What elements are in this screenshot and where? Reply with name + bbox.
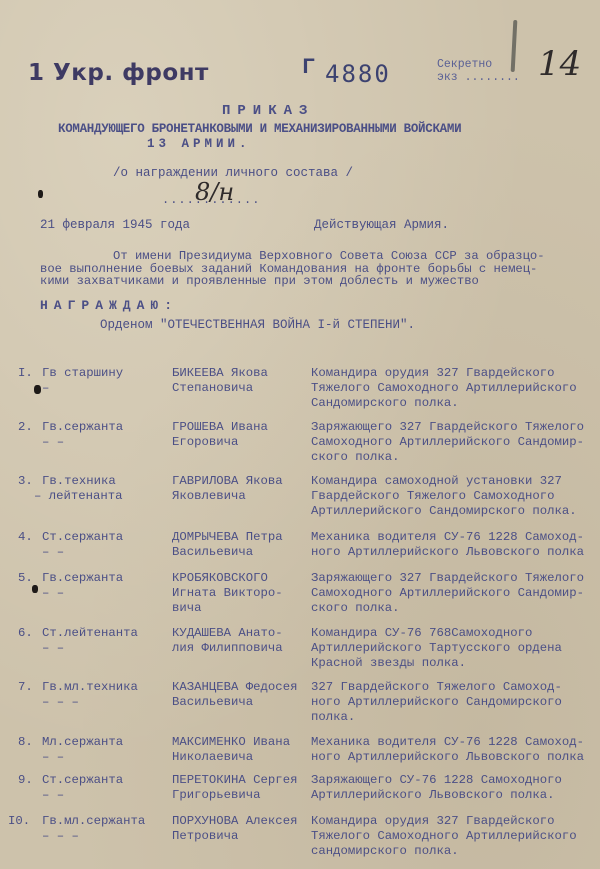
row-number: 6. xyxy=(18,626,33,641)
row-rank-cont: – xyxy=(42,381,49,396)
document-subtitle-line-1: КОМАНДУЮЩЕГО БРОНЕТАНКОВЫМИ И МЕХАНИЗИРО… xyxy=(58,122,461,136)
row-name: КУДАШЕВА Анато-лия Филипповича xyxy=(172,626,283,656)
row-rank: Гв старшину xyxy=(42,366,123,381)
row-rank-cont: – – xyxy=(42,435,64,450)
row-position: Механика водителя СУ-76 1228 Самоход-ног… xyxy=(311,735,584,765)
preamble-paragraph: От имени Президиума Верховного Совета Со… xyxy=(40,250,545,288)
row-rank: Гв.мл.сержанта xyxy=(42,814,145,829)
row-rank-cont: – лейтенанта xyxy=(34,489,123,504)
row-rank: Ст.лейтенанта xyxy=(42,626,138,641)
award-verb: НАГРАЖДАЮ: xyxy=(40,298,178,313)
row-number: 4. xyxy=(18,530,33,545)
row-position: 327 Гвардейского Тяжелого Самоход-ного А… xyxy=(311,680,562,725)
registry-mark: Г xyxy=(302,55,315,80)
handwritten-order-number: 8/н xyxy=(195,178,234,206)
row-position: Механика водителя СУ-76 1228 Самоход-ног… xyxy=(311,530,584,560)
row-name: ГАВРИЛОВА ЯковаЯковлевича xyxy=(172,474,283,504)
row-number: 8. xyxy=(18,735,33,750)
row-rank: Гв.техника xyxy=(42,474,116,489)
row-rank: Гв.мл.техника xyxy=(42,680,138,695)
row-number: I. xyxy=(18,366,33,381)
row-position: Командира СУ-76 768СамоходногоАртиллерий… xyxy=(311,626,562,671)
row-number: 5. xyxy=(18,571,33,586)
handwritten-page-number: 14 xyxy=(538,44,581,84)
row-name: КАЗАНЦЕВА ФедосеяВасильевича xyxy=(172,680,297,710)
document-title: ПРИКАЗ xyxy=(222,103,314,119)
row-number: 9. xyxy=(18,773,33,788)
document-place: Действующая Армия. xyxy=(314,218,449,232)
row-rank-cont: – – xyxy=(42,545,64,560)
secrecy-line-1: Секретно xyxy=(437,58,492,71)
row-name: ПЕРЕТОКИНА СергеяГригорьевича xyxy=(172,773,297,803)
secrecy-stamp: Секретно экз ........ xyxy=(437,58,520,84)
row-position: Командира орудия 327 ГвардейскогоТяжелог… xyxy=(311,366,577,411)
row-number: 7. xyxy=(18,680,33,695)
secrecy-line-2: экз ........ xyxy=(437,71,520,84)
row-name: ДОМРЫЧЕВА ПетраВасильевича xyxy=(172,530,283,560)
row-position: Командира орудия 327 ГвардейскогоТяжелог… xyxy=(311,814,577,859)
row-rank-cont: – – – xyxy=(42,695,79,710)
order-name: Орденом "ОТЕЧЕСТВЕННАЯ ВОЙНА I-й СТЕПЕНИ… xyxy=(100,318,415,332)
preamble-line-1: От имени Президиума Верховного Совета Со… xyxy=(40,250,545,263)
registry-number: 4880 xyxy=(325,60,391,88)
row-position: Заряжающего 327 Гвардейского ТяжелогоСам… xyxy=(311,571,584,616)
preamble-line-3: кими захватчиками и проявленные при этом… xyxy=(40,275,545,288)
ink-stain xyxy=(32,585,38,593)
row-position: Командира самоходной установки 327Гварде… xyxy=(311,474,577,519)
row-name: БИКЕЕВА ЯковаСтепановича xyxy=(172,366,268,396)
row-rank: Гв.сержанта xyxy=(42,420,123,435)
row-name: ПОРХУНОВА АлексеяПетровича xyxy=(172,814,297,844)
document-date: 21 февраля 1945 года xyxy=(40,218,190,232)
row-rank-cont: – – – xyxy=(42,829,79,844)
ink-stain xyxy=(38,190,43,198)
row-rank: Ст.сержанта xyxy=(42,773,123,788)
document-subtitle-line-2: 13 АРМИИ. xyxy=(147,137,251,151)
row-rank: Ст.сержанта xyxy=(42,530,123,545)
row-number: 3. xyxy=(18,474,33,489)
row-rank: Гв.сержанта xyxy=(42,571,123,586)
row-rank-cont: – – xyxy=(42,641,64,656)
row-rank-cont: – – xyxy=(42,586,64,601)
row-name: ГРОШЕВА ИванаЕгоровича xyxy=(172,420,268,450)
ink-stain xyxy=(34,385,41,394)
row-name: КРОБЯКОВСКОГОИгната Викторо-вича xyxy=(172,571,283,616)
front-header: 1 Укр. фронт xyxy=(28,60,209,86)
row-rank-cont: – – xyxy=(42,750,64,765)
row-position: Заряжающего 327 Гвардейского ТяжелогоСам… xyxy=(311,420,584,465)
row-position: Заряжающего СУ-76 1228 СамоходногоАртилл… xyxy=(311,773,562,803)
row-number: I0. xyxy=(8,814,30,829)
row-name: МАКСИМЕНКО ИванаНиколаевича xyxy=(172,735,290,765)
row-rank: Мл.сержанта xyxy=(42,735,123,750)
row-rank-cont: – – xyxy=(42,788,64,803)
row-number: 2. xyxy=(18,420,33,435)
